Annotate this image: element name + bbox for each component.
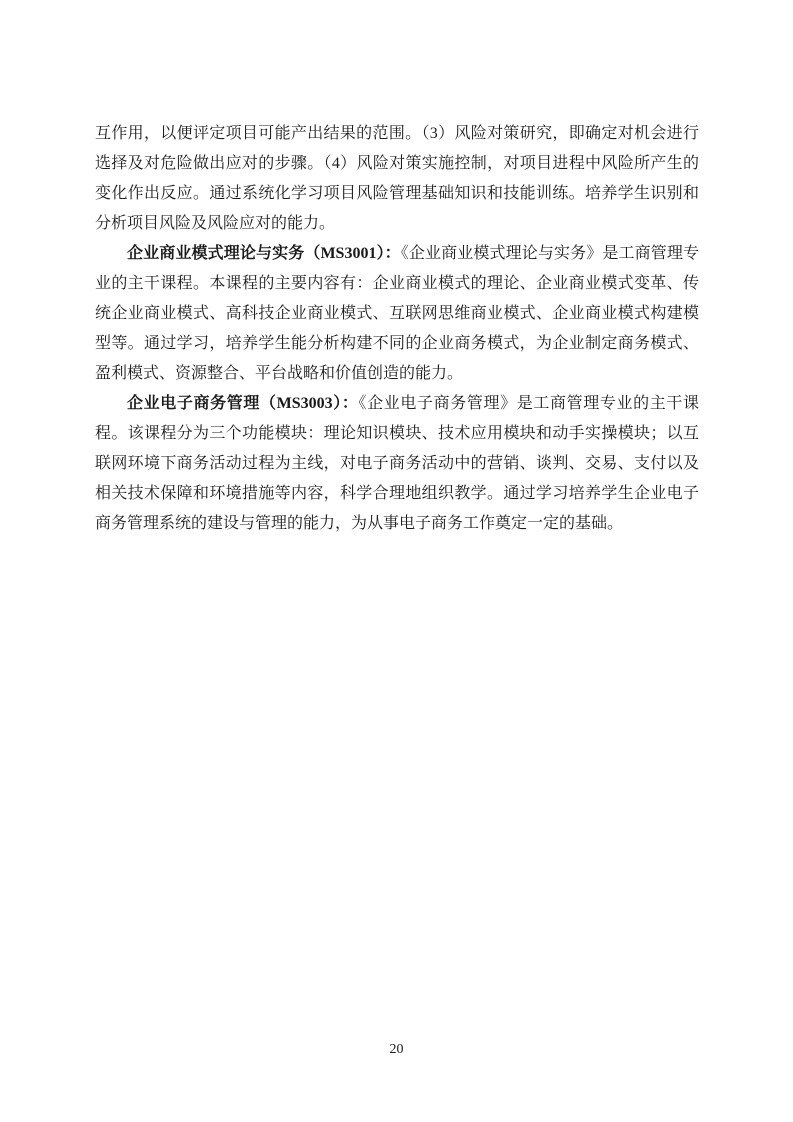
paragraph-ecommerce-course: 企业电子商务管理（MS3003）：《企业电子商务管理》是工商管理专业的主干课程。… bbox=[95, 389, 699, 539]
paragraph-business-model-course: 企业商业模式理论与实务（MS3001）：《企业商业模式理论与实务》是工商管理专业… bbox=[95, 239, 699, 389]
course-heading: 企业电子商务管理（MS3003）： bbox=[127, 395, 359, 412]
page-number: 20 bbox=[390, 1042, 404, 1057]
paragraph-text: 互作用，以便评定项目可能产出结果的范围。（3）风险对策研究，即确定对机会进行选择… bbox=[95, 125, 699, 232]
page-body: 互作用，以便评定项目可能产出结果的范围。（3）风险对策研究，即确定对机会进行选择… bbox=[95, 119, 699, 539]
paragraph-text: 《企业电子商务管理》是工商管理专业的主干课程。该课程分为三个功能模块：理论知识模… bbox=[95, 395, 699, 532]
document-page: 互作用，以便评定项目可能产出结果的范围。（3）风险对策研究，即确定对机会进行选择… bbox=[0, 0, 793, 1122]
paragraph-text: 《企业商业模式理论与实务》是工商管理专业的主干课程。本课程的主要内容有：企业商业… bbox=[95, 245, 699, 382]
paragraph-risk-management: 互作用，以便评定项目可能产出结果的范围。（3）风险对策研究，即确定对机会进行选择… bbox=[95, 119, 699, 239]
course-heading: 企业商业模式理论与实务（MS3001）： bbox=[127, 245, 401, 262]
page-footer: 20 bbox=[0, 1041, 793, 1059]
